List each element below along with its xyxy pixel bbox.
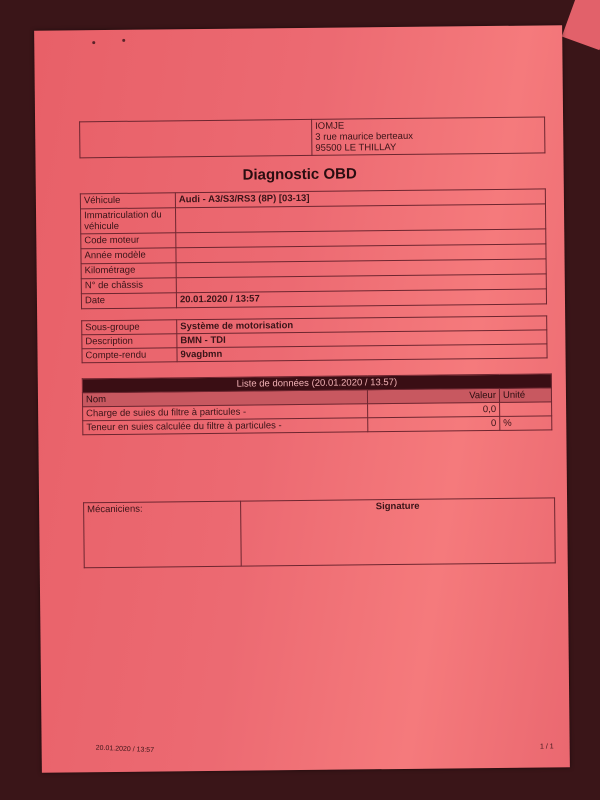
row-label: Immatriculation du véhicule: [80, 208, 175, 234]
column-header-unit: Unité: [499, 388, 551, 403]
mechanics-label: Mécaniciens:: [84, 501, 242, 568]
document-page: IOMJE 3 rue maurice berteaux 95500 LE TH…: [34, 25, 570, 772]
row-label: Description: [82, 334, 177, 349]
vehicle-table: VéhiculeAudi - A3/S3/RS3 (8P) [03-13] Im…: [80, 188, 547, 309]
row-label: Compte-rendu: [82, 348, 177, 363]
address-cell: IOMJE 3 rue maurice berteaux 95500 LE TH…: [312, 117, 545, 155]
address-block: IOMJE 3 rue maurice berteaux 95500 LE TH…: [79, 116, 545, 158]
group-table: Sous-groupeSystème de motorisation Descr…: [81, 315, 547, 363]
page-title: Diagnostic OBD: [36, 163, 564, 186]
row-value: 9vagbmn: [177, 344, 547, 362]
column-header-value: Valeur: [367, 388, 499, 403]
row-label: Année modèle: [81, 248, 176, 264]
signature-block: Mécaniciens: Signature: [83, 497, 556, 568]
company-city: 95500 LE THILLAY: [315, 140, 541, 153]
row-label: N° de châssis: [81, 278, 176, 294]
signature-label: Signature: [241, 498, 556, 566]
row-unit: [500, 402, 552, 417]
footer-timestamp: 20.01.2020 / 13:57: [96, 745, 155, 754]
data-list-table: Liste de données (20.01.2020 / 13.57) No…: [82, 373, 553, 435]
row-label: Sous-groupe: [82, 320, 177, 335]
footer-page-number: 1 / 1: [540, 743, 554, 750]
paper-scrap: [562, 0, 600, 50]
row-unit: %: [500, 416, 552, 431]
paper-mark: [122, 39, 125, 42]
row-label: Date: [81, 293, 176, 309]
row-value: 0: [368, 416, 500, 431]
row-label: Véhicule: [80, 193, 175, 209]
row-value: 0,0: [368, 402, 500, 417]
paper-mark: [92, 41, 95, 44]
row-value: [175, 204, 545, 233]
row-name: Teneur en suies calculée du filtre à par…: [83, 418, 368, 435]
address-empty-cell: [80, 119, 312, 157]
row-value: 20.01.2020 / 13:57: [176, 289, 546, 308]
row-label: Code moteur: [81, 233, 176, 249]
row-label: Kilométrage: [81, 263, 176, 279]
